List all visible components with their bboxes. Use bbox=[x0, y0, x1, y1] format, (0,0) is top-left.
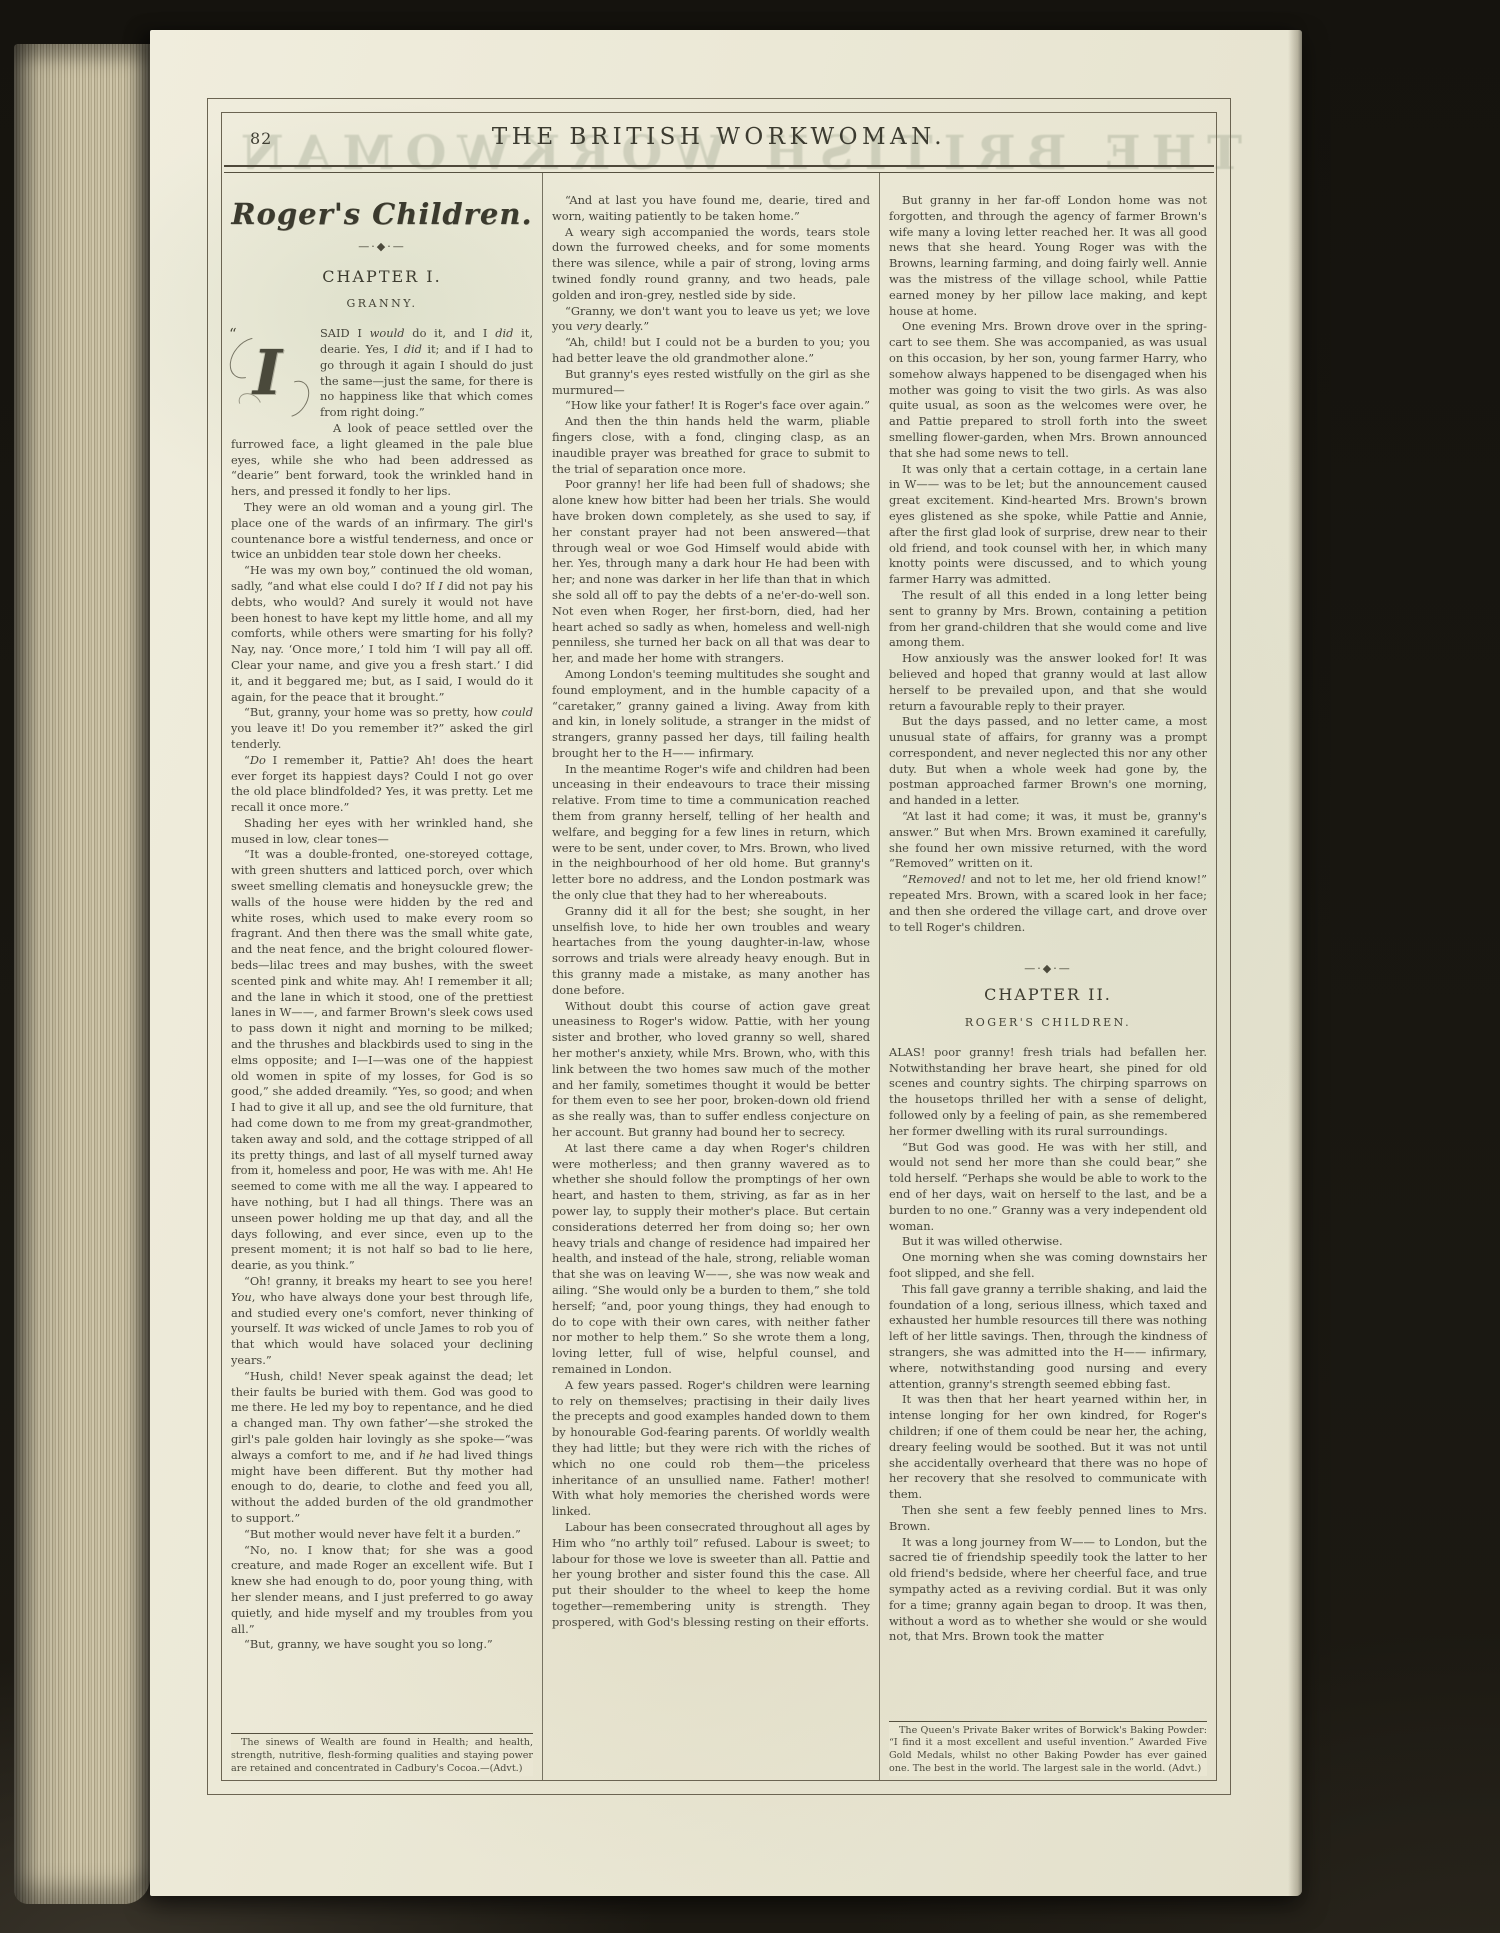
paragraph: “He was my own boy,” continued the old w… bbox=[231, 563, 533, 705]
borwick-advert: The Queen's Private Baker writes of Borw… bbox=[889, 1721, 1207, 1776]
paragraph: “But, granny, your home was so pretty, h… bbox=[231, 705, 533, 752]
running-head: 82 THE BRITISH WORKWOMAN. bbox=[222, 113, 1216, 165]
paragraph: One morning when she was coming downstai… bbox=[889, 1250, 1207, 1282]
column-2: “And at last you have found me, dearie, … bbox=[542, 173, 880, 1780]
cadbury-advert: The sinews of Wealth are found in Health… bbox=[231, 1733, 533, 1776]
paragraph: Then she sent a few feebly penned lines … bbox=[889, 1503, 1207, 1535]
chapter1-heading: CHAPTER I. bbox=[231, 269, 533, 285]
column1-paragraphs: A look of peace settled over the furrowe… bbox=[231, 421, 533, 1653]
paragraph: A few years passed. Roger's children wer… bbox=[552, 1378, 870, 1520]
ornate-initial-block: “ I bbox=[231, 329, 313, 421]
title-divider-ornament: —·◆·— bbox=[231, 239, 533, 255]
paragraph: “At last it had come; it was, it must be… bbox=[889, 809, 1207, 872]
paragraph: ALAS! poor granny! fresh trials had befa… bbox=[889, 1045, 1207, 1140]
paragraph: “Oh! granny, it breaks my heart to see y… bbox=[231, 1274, 533, 1369]
chapter2-heading: CHAPTER II. bbox=[889, 987, 1207, 1003]
paragraph: This fall gave granny a terrible shaking… bbox=[889, 1282, 1207, 1393]
column3-paragraphs-chapter1: But granny in her far-off London home wa… bbox=[889, 193, 1207, 935]
column2-paragraphs: “And at last you have found me, dearie, … bbox=[552, 193, 870, 1631]
column3-paragraphs-chapter2: ALAS! poor granny! fresh trials had befa… bbox=[889, 1045, 1207, 1645]
paragraph: At last there came a day when Roger's ch… bbox=[552, 1141, 870, 1378]
paragraph: One evening Mrs. Brown drove over in the… bbox=[889, 319, 1207, 461]
paragraph: The result of all this ended in a long l… bbox=[889, 588, 1207, 651]
paragraph: “How like your father! It is Roger's fac… bbox=[552, 398, 870, 414]
paragraph: “But, granny, we have sought you so long… bbox=[231, 1637, 533, 1653]
chapter2-subheading: ROGER'S CHILDREN. bbox=[889, 1015, 1207, 1031]
header-double-rule bbox=[224, 165, 1214, 173]
paragraph: But the days passed, and no letter came,… bbox=[889, 714, 1207, 809]
paragraph: It was a long journey from W—— to London… bbox=[889, 1535, 1207, 1646]
book-page: THE BRITISH WORKWOMAN 82 THE BRITISH WOR… bbox=[150, 30, 1302, 1896]
chapter2-divider-ornament: —·◆·— bbox=[889, 961, 1207, 977]
paragraph: “No, no. I know that; for she was a good… bbox=[231, 1543, 533, 1638]
masthead-title: THE BRITISH WORKWOMAN. bbox=[222, 124, 1216, 150]
paragraph: Shading her eyes with her wrinkled hand,… bbox=[231, 816, 533, 848]
article-columns: Roger's Children. —·◆·— CHAPTER I. GRANN… bbox=[222, 173, 1216, 1780]
paragraph: Among London's teeming multitudes she so… bbox=[552, 667, 870, 762]
paragraph: They were an old woman and a young girl.… bbox=[231, 500, 533, 563]
paragraph: “And at last you have found me, dearie, … bbox=[552, 193, 870, 225]
chapter1-subheading: GRANNY. bbox=[231, 296, 533, 312]
paragraph: “But mother would never have felt it a b… bbox=[231, 1527, 533, 1543]
paragraph: “Hush, child! Never speak against the de… bbox=[231, 1369, 533, 1527]
paragraph: But granny's eyes rested wistfully on th… bbox=[552, 367, 870, 399]
column-1: Roger's Children. —·◆·— CHAPTER I. GRANN… bbox=[222, 173, 542, 1780]
paragraph: It was then that her heart yearned withi… bbox=[889, 1392, 1207, 1503]
paragraph: A look of peace settled over the furrowe… bbox=[231, 421, 533, 500]
book-page-edges bbox=[14, 44, 150, 1904]
paragraph: But granny in her far-off London home wa… bbox=[889, 193, 1207, 319]
paragraph: Granny did it all for the best; she soug… bbox=[552, 904, 870, 999]
paragraph: Without doubt this course of action gave… bbox=[552, 999, 870, 1141]
paragraph: It was only that a certain cottage, in a… bbox=[889, 462, 1207, 588]
paragraph: In the meantime Roger's wife and childre… bbox=[552, 762, 870, 904]
paragraph: Labour has been consecrated throughout a… bbox=[552, 1520, 870, 1631]
chapter2-heading-block: —·◆·— CHAPTER II. ROGER'S CHILDREN. bbox=[889, 961, 1207, 1030]
paragraph: But it was willed otherwise. bbox=[889, 1234, 1207, 1250]
paragraph: “Do I remember it, Pattie? Ah! does the … bbox=[231, 753, 533, 816]
opening-quote-mark: “ bbox=[229, 327, 237, 343]
paragraph: How anxiously was the answer looked for!… bbox=[889, 651, 1207, 714]
paragraph: “Ah, child! but I could not be a burden … bbox=[552, 335, 870, 367]
page-border-frame: 82 THE BRITISH WORKWOMAN. Roger's Childr… bbox=[207, 98, 1231, 1795]
paragraph: “It was a double-fronted, one-storeyed c… bbox=[231, 847, 533, 1274]
opening-paragraph: “ I SAID I would do it, and I did it, de… bbox=[231, 326, 533, 421]
column-3: But granny in her far-off London home wa… bbox=[880, 173, 1216, 1780]
paragraph: And then the thin hands held the warm, p… bbox=[552, 414, 870, 477]
paragraph: “But God was good. He was with her still… bbox=[889, 1140, 1207, 1235]
paragraph: A weary sigh accompanied the words, tear… bbox=[552, 225, 870, 304]
paragraph: “Granny, we don't want you to leave us y… bbox=[552, 304, 870, 336]
paragraph: “Removed! and not to let me, her old fri… bbox=[889, 872, 1207, 935]
paragraph: Poor granny! her life had been full of s… bbox=[552, 477, 870, 667]
opening-paragraph-text: SAID I would do it, and I did it, dearie… bbox=[320, 326, 533, 419]
page-border-frame-inner: 82 THE BRITISH WORKWOMAN. Roger's Childr… bbox=[221, 112, 1217, 1781]
article-title: Roger's Children. bbox=[231, 207, 533, 223]
